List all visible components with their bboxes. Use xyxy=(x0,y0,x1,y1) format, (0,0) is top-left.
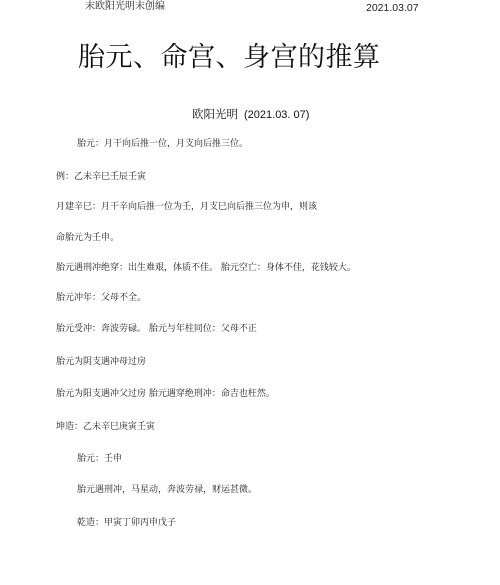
byline-author: 欧阳光明 xyxy=(192,107,238,121)
document-title: 胎元、命宫、身宫的推算 xyxy=(78,40,381,76)
paragraph-line: 胎元遇刑冲，马星动，奔波劳禄，财运甚微。 xyxy=(77,484,257,496)
paragraph-line: 胎元：壬申 xyxy=(77,453,122,465)
paragraph-line: 命胎元为壬申。 xyxy=(56,232,119,244)
byline: 欧阳光明(2021.03. 07) xyxy=(192,106,309,122)
paragraph-line: 乾造：甲寅丁卯丙申戊子 xyxy=(77,517,176,529)
paragraph-line: 胎元为阴支遇冲母过房 xyxy=(56,356,146,368)
paragraph-line: 胎元遇刑冲绝穿：出生难艰，体质不佳。 胎元空亡：身体不佳，花钱较大。 xyxy=(56,262,356,274)
paragraph-line: 胎元为阳支遇冲父过房 胎元遇穿绝刑冲：命吉也枉然。 xyxy=(56,388,275,400)
header-date: 2021.03.07 xyxy=(366,2,419,14)
paragraph-line: 胎元冲年：父母不全。 xyxy=(56,292,146,304)
paragraph-line: 坤造：乙未辛巳庚寅壬寅 xyxy=(56,421,155,433)
header-author-note: 末欧阳光明末创编 xyxy=(85,1,165,12)
byline-date: (2021.03. 07) xyxy=(244,109,309,121)
paragraph-line: 胎元受冲：奔波劳碌。 胎元与年柱同位：父母不正 xyxy=(56,323,257,335)
paragraph-line: 胎元：月干向后推一位，月支向后推三位。 xyxy=(77,138,248,150)
paragraph-line: 例：乙未辛巳壬辰壬寅 xyxy=(56,171,146,183)
paragraph-line: 月建辛巳：月干辛向后推一位为壬，月支巳向后推三位为申，则该 xyxy=(56,201,317,213)
